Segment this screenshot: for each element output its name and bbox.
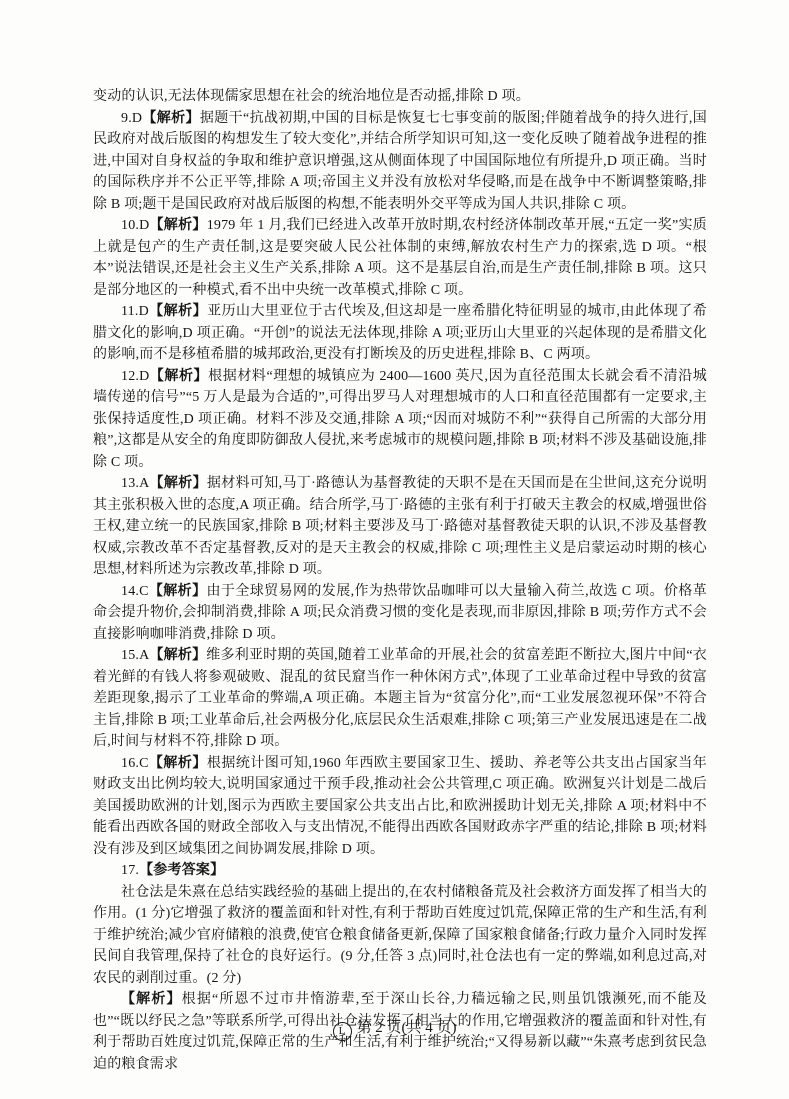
- document-page: 变动的认识,无法体现儒家思想在社会的统治地位是否动摇,排除 D 项。9.D【解析…: [0, 0, 789, 1099]
- section-label: 【解析】: [149, 476, 207, 491]
- answer-number: 14.C: [121, 584, 149, 599]
- document-body: 变动的认识,无法体现儒家思想在社会的统治地位是否动摇,排除 D 项。9.D【解析…: [93, 86, 707, 1075]
- paragraph: 10.D【解析】1979 年 1 月,我们已经进入改革开放时期,农村经济体制改革…: [93, 215, 707, 301]
- paragraph: 12.D【解析】根据材料“理想的城镇应为 2400—1600 英尺,因为直径范围…: [93, 366, 707, 474]
- section-label: 【解析】: [142, 111, 200, 126]
- paragraph-text: 社仓法是朱熹在总结实践经验的基础上提出的,在农村储粮备荒及社会救济方面发挥了相当…: [93, 885, 707, 986]
- paragraph: 15.A【解析】维多利亚时期的英国,随着工业革命的开展,社会的贫富差距不断拉大,…: [93, 645, 707, 753]
- paragraph: 社仓法是朱熹在总结实践经验的基础上提出的,在农村储粮备荒及社会救济方面发挥了相当…: [93, 882, 707, 990]
- paragraph-text: 维多利亚时期的英国,随着工业革命的开展,社会的贫富差距不断拉大,图片中间“衣着光…: [93, 648, 707, 749]
- answer-number: 15.A: [121, 648, 149, 663]
- paragraph-text: 据材料可知,马丁·路德认为基督教徒的天职不是在天国而是在尘世间,这充分说明其主张…: [93, 476, 707, 577]
- section-label: 【解析】: [121, 992, 182, 1007]
- paragraph: 17.【参考答案】: [93, 860, 707, 882]
- section-label: 【解析】: [149, 756, 207, 771]
- page-number-text: 第 2 页(共 4 页): [357, 1020, 457, 1036]
- paragraph-text: 变动的认识,无法体现儒家思想在社会的统治地位是否动摇,排除 D 项。: [93, 89, 530, 104]
- section-label: 【参考答案】: [139, 863, 224, 878]
- answer-number: 12.D: [121, 369, 149, 384]
- paragraph: 11.D【解析】亚历山大里亚位于古代埃及,但这却是一座希腊化特征明显的城市,由此…: [93, 301, 707, 366]
- answer-number: 13.A: [121, 476, 149, 491]
- paragraph: 9.D【解析】据题干“抗战初期,中国的目标是恢复七七事变前的版图;伴随着战争的持…: [93, 108, 707, 216]
- section-label: 【解析】: [149, 304, 207, 319]
- section-label: 【解析】: [149, 218, 206, 233]
- answer-number: 10.D: [121, 218, 149, 233]
- paragraph: 变动的认识,无法体现儒家思想在社会的统治地位是否动摇,排除 D 项。: [93, 86, 707, 108]
- paragraph: 13.A【解析】据材料可知,马丁·路德认为基督教徒的天职不是在天国而是在尘世间,…: [93, 473, 707, 581]
- paragraph: 14.C【解析】由于全球贸易网的发展,作为热带饮品咖啡可以大量输入荷兰,故选 C…: [93, 581, 707, 646]
- answer-number: 11.D: [121, 304, 149, 319]
- answer-number: 9.D: [121, 111, 142, 126]
- section-label: 【解析】: [149, 369, 208, 384]
- paragraph: 16.C【解析】根据统计图可知,1960 年西欧主要国家卫生、援助、养老等公共支…: [93, 753, 707, 861]
- subject-circle-icon: L: [333, 1022, 352, 1041]
- page-footer: L第 2 页(共 4 页): [0, 1016, 789, 1041]
- answer-number: 17.: [121, 863, 139, 878]
- answer-number: 16.C: [121, 756, 149, 771]
- section-label: 【解析】: [149, 648, 206, 663]
- section-label: 【解析】: [149, 584, 207, 599]
